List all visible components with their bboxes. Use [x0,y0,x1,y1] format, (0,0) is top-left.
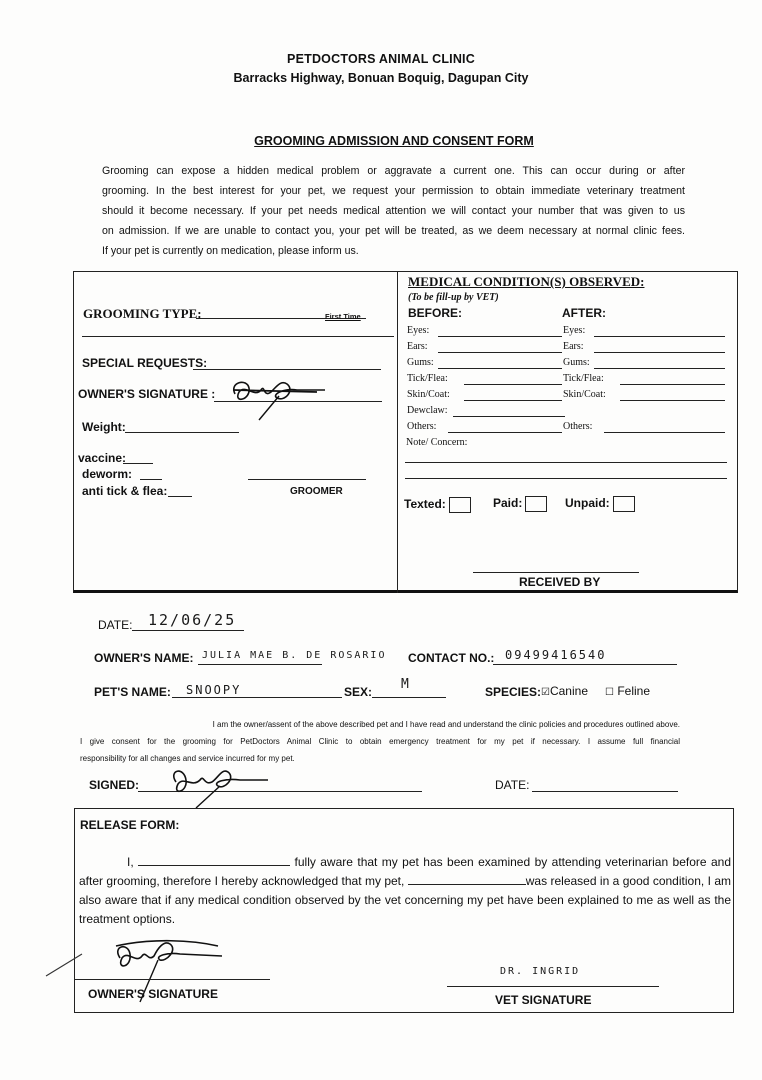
date-value: 12/06/25 [148,611,236,629]
consent-line: I give consent for the grooming for PetD… [80,733,680,750]
vaccine-field[interactable] [123,463,153,464]
before-field-label: Eyes: [407,325,429,336]
intro-line: Grooming can expose a hidden medical pro… [102,161,685,181]
intro-paragraph: Grooming can expose a hidden medical pro… [102,161,685,261]
note-concern-label: Note/ Concern: [406,437,467,448]
unpaid-checkbox[interactable] [613,496,635,512]
after-field-input[interactable] [594,336,725,337]
grooming-type-value: First Time [325,312,361,321]
grooming-type-extra-line [82,336,394,337]
texted-label: Texted: [404,497,446,511]
after-label: AFTER: [562,306,606,320]
date-label: DATE: [98,618,132,632]
contact-label: CONTACT NO.: [408,651,494,665]
before-field-label: Tick/Flea: [407,373,448,384]
paid-checkbox[interactable] [525,496,547,512]
release-i: I, [127,855,134,869]
clinic-name: PETDOCTORS ANIMAL CLINIC [0,52,762,66]
groomer-label: GROOMER [290,486,343,497]
owner-name-value: JULIA MAE B. DE ROSARIO [202,650,386,661]
anti-tick-flea-label: anti tick & flea: [82,484,167,498]
before-field-input[interactable] [438,368,562,369]
after-field-label: Others: [563,421,592,432]
release-form-title: RELEASE FORM: [80,818,179,832]
intro-line: grooming. In the best interest for your … [102,181,685,201]
pet-name-value: SNOOPY [186,683,241,697]
date-field[interactable] [132,630,244,631]
received-by-label: RECEIVED BY [519,575,600,589]
release-owner-signature-line[interactable] [74,979,270,980]
form-title: GROOMING ADMISSION AND CONSENT FORM [0,134,762,148]
feline-label: Feline [617,684,650,698]
consent-date-label: DATE: [495,778,529,792]
consent-date-field[interactable] [532,791,678,792]
after-field-label: Eyes: [563,325,585,336]
texted-row: Texted: [404,497,471,513]
before-field-label: Others: [407,421,436,432]
vet-signature-value: DR. INGRID [500,966,580,977]
owner-signature-label: OWNER'S SIGNATURE : [78,387,215,401]
after-field-label: Skin/Coat: [563,389,606,400]
clinic-address: Barracks Highway, Bonuan Boquig, Dagupan… [0,71,762,85]
contact-field[interactable] [493,664,677,665]
before-field-input[interactable] [453,416,565,417]
sex-field[interactable] [372,697,446,698]
after-field-input[interactable] [620,400,725,401]
vet-signature-label: VET SIGNATURE [495,993,591,1007]
after-field-input[interactable] [594,352,725,353]
after-field-input[interactable] [604,432,725,433]
owner-name-label: OWNER'S NAME: [94,651,194,665]
consent-line: I am the owner/assent of the above descr… [80,716,680,733]
before-field-input[interactable] [438,352,562,353]
pet-name-label: PET'S NAME: [94,685,171,699]
after-field-label: Ears: [563,341,584,352]
before-field-input[interactable] [448,432,562,433]
medical-subtitle: (To be fill-up by VET) [408,292,499,303]
signed-label: SIGNED: [89,778,139,792]
intro-line: on admission. If we are unable to contac… [102,221,685,241]
medical-title: MEDICAL CONDITION(S) OBSERVED: [408,274,644,290]
intro-line: should it become necessary. If your pet … [102,201,685,221]
after-field-label: Gums: [563,357,590,368]
before-field-input[interactable] [464,384,562,385]
sex-value: M [401,677,411,692]
owner-signature-scribble [225,372,335,422]
consent-signature-scribble [162,762,272,810]
feline-checkbox-icon[interactable]: ☐ [605,687,614,698]
received-by-line[interactable] [473,572,639,573]
owner-name-field[interactable] [198,664,322,665]
consent-text: I am the owner/assent of the above descr… [80,716,680,767]
unpaid-row: Unpaid: [565,496,635,512]
vaccine-label: vaccine: [78,451,126,465]
release-owner-signature-label: OWNER'S SIGNATURE [88,987,218,1001]
special-requests-label: SPECIAL REQUESTS: [82,356,207,370]
vet-signature-line[interactable] [447,986,659,987]
special-requests-field[interactable] [193,369,381,370]
note-line-1[interactable] [405,462,727,463]
anti-tick-flea-field[interactable] [168,496,192,497]
deworm-label: deworm: [82,467,132,481]
weight-field[interactable] [125,432,239,433]
before-field-label: Dewclaw: [407,405,448,416]
sex-label: SEX: [344,685,372,699]
canine-checkbox-icon[interactable]: ☑ [541,687,550,698]
species-canine-option[interactable]: ☑Canine [541,684,588,698]
groomer-signature-line[interactable] [248,479,366,480]
canine-label: Canine [550,684,588,698]
note-line-2[interactable] [405,478,727,479]
before-label: BEFORE: [408,306,462,320]
release-owner-name-field[interactable] [138,854,290,866]
paid-row: Paid: [493,496,547,512]
after-field-input[interactable] [620,384,725,385]
species-label: SPECIES: [485,685,541,699]
column-divider [397,271,398,593]
weight-label: Weight: [82,420,126,434]
after-field-label: Tick/Flea: [563,373,604,384]
before-field-input[interactable] [464,400,562,401]
contact-value: 09499416540 [505,648,606,662]
release-pet-name-field[interactable] [408,873,526,885]
after-field-input[interactable] [594,368,725,369]
texted-checkbox[interactable] [449,497,471,513]
release-form-body: I, fully aware that my pet has been exam… [79,853,731,929]
intro-line: If your pet is currently on medication, … [102,241,685,261]
deworm-field[interactable] [140,479,162,480]
species-feline-option[interactable]: ☐ Feline [605,684,650,698]
grooming-type-label: GROOMING TYPE: [83,306,202,322]
pet-name-field[interactable] [172,697,342,698]
before-field-label: Gums: [407,357,434,368]
unpaid-label: Unpaid: [565,496,610,510]
before-field-input[interactable] [438,336,562,337]
before-field-label: Ears: [407,341,428,352]
before-field-label: Skin/Coat: [407,389,450,400]
paid-label: Paid: [493,496,522,510]
